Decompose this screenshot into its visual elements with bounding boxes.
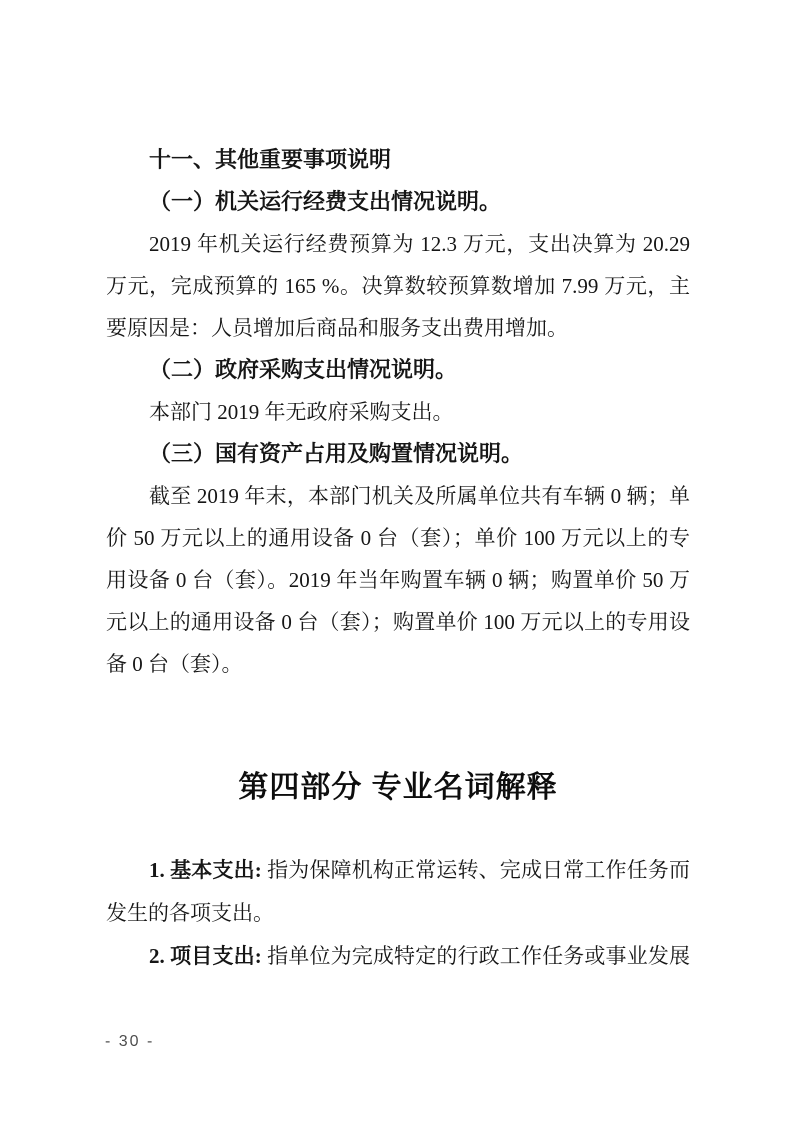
body-line: 要原因是：人员增加后商品和服务支出费用增加。 bbox=[106, 307, 690, 349]
body-line: 价 50 万元以上的通用设备 0 台（套）；单价 100 万元以上的专 bbox=[106, 517, 690, 559]
paragraph-state-assets: 截至 2019 年末，本部门机关及所属单位共有车辆 0 辆；单 价 50 万元以… bbox=[106, 475, 690, 685]
page-number: - 30 - bbox=[105, 1033, 154, 1051]
body-line: 用设备 0 台（套）。2019 年当年购置车辆 0 辆；购置单价 50 万 bbox=[106, 559, 690, 601]
body-line: 万元，完成预算的 165 %。决算数较预算数增加 7.99 万元，主 bbox=[106, 265, 690, 307]
part-title: 第四部分 专业名词解释 bbox=[106, 766, 690, 810]
glossary-terms: 1. 基本支出: 指为保障机构正常运转、完成日常工作任务而 发生的各项支出。 2… bbox=[106, 849, 690, 978]
body-line: 元以上的通用设备 0 台（套）；购置单价 100 万元以上的专用设 bbox=[106, 601, 690, 643]
term-basic-expenditure-line-1: 1. 基本支出: 指为保障机构正常运转、完成日常工作任务而 bbox=[106, 849, 690, 892]
document-content: 十一、其他重要事项说明 （一）机关运行经费支出情况说明。 2019 年机关运行经… bbox=[106, 139, 690, 978]
document-page: 十一、其他重要事项说明 （一）机关运行经费支出情况说明。 2019 年机关运行经… bbox=[0, 0, 793, 1122]
body-line: 本部门 2019 年无政府采购支出。 bbox=[106, 391, 690, 433]
term-basic-expenditure-label: 1. 基本支出: bbox=[149, 858, 262, 882]
subsection-2-heading: （二）政府采购支出情况说明。 bbox=[106, 349, 690, 391]
term-project-expenditure-label: 2. 项目支出: bbox=[149, 944, 262, 968]
section-heading: 十一、其他重要事项说明 bbox=[106, 139, 690, 181]
paragraph-operating-expenses: 2019 年机关运行经费预算为 12.3 万元，支出决算为 20.29 万元，完… bbox=[106, 223, 690, 349]
body-line: 备 0 台（套）。 bbox=[106, 643, 690, 685]
subsection-1-heading: （一）机关运行经费支出情况说明。 bbox=[106, 181, 690, 223]
term-basic-expenditure-text: 指为保障机构正常运转、完成日常工作任务而 bbox=[262, 858, 690, 882]
body-line: 截至 2019 年末，本部门机关及所属单位共有车辆 0 辆；单 bbox=[106, 475, 690, 517]
term-project-expenditure-text: 指单位为完成特定的行政工作任务或事业发展 bbox=[262, 944, 690, 968]
paragraph-procurement: 本部门 2019 年无政府采购支出。 bbox=[106, 391, 690, 433]
subsection-3-heading: （三）国有资产占用及购置情况说明。 bbox=[106, 433, 690, 475]
term-project-expenditure-line-1: 2. 项目支出: 指单位为完成特定的行政工作任务或事业发展 bbox=[106, 935, 690, 978]
term-basic-expenditure-line-2: 发生的各项支出。 bbox=[106, 892, 690, 935]
body-line: 2019 年机关运行经费预算为 12.3 万元，支出决算为 20.29 bbox=[106, 223, 690, 265]
